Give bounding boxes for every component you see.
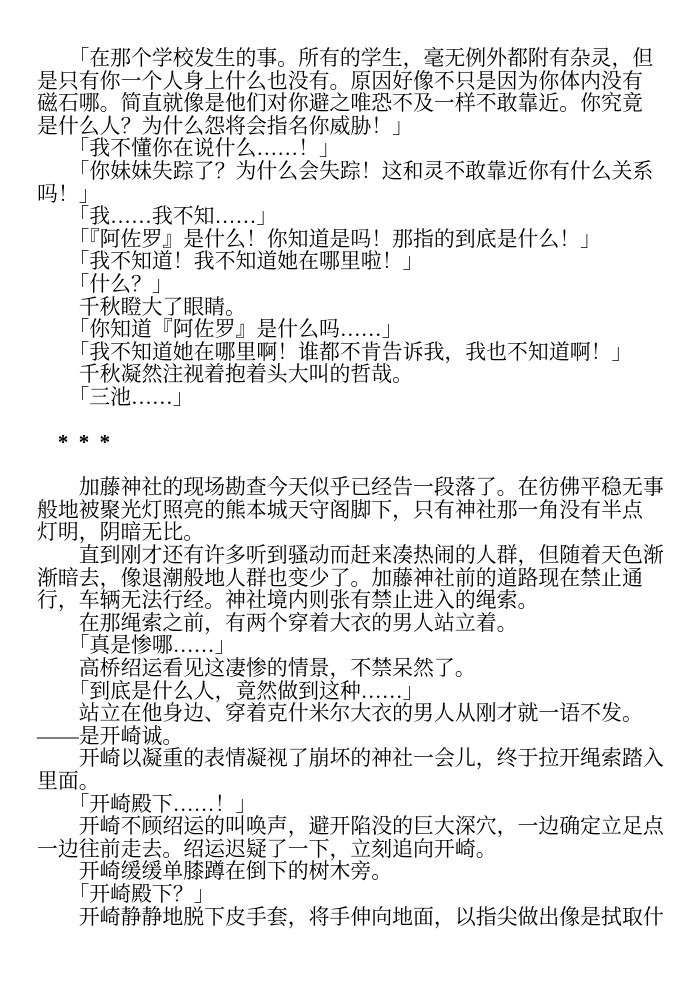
text-line: 千秋瞪大了眼睛。	[37, 296, 670, 319]
text-line: 是只有你一个人身上什么也没有。原因好像不只是因为你体内没有	[37, 70, 670, 93]
text-line: 加藤神社的现场勘查今天似乎已经告一段落了。在彷佛平稳无事	[37, 476, 670, 499]
text-line: 站立在他身边、穿着克什米尔大衣的男人从刚才就一语不发。	[37, 702, 670, 725]
text-line: 「开崎殿下？」	[37, 883, 670, 906]
text-line: 里面。	[37, 770, 670, 793]
blank-line	[37, 454, 670, 477]
text-line: 是什么人？为什么怨将会指名你威胁！」	[37, 115, 670, 138]
novel-page: 「在那个学校发生的事。所有的学生，毫无例外都附有杂灵，但是只有你一个人身上什么也…	[0, 0, 700, 993]
text-line: 在那绳索之前，有两个穿着大衣的男人站立着。	[37, 612, 670, 635]
text-line: 开崎静静地脱下皮手套，将手伸向地面，以指尖做出像是拭取什	[37, 906, 670, 929]
text-line: 渐暗去，像退潮般地人群也变少了。加藤神社前的道路现在禁止通	[37, 567, 670, 590]
text-line: 「我……我不知……」	[37, 205, 670, 228]
text-block: 「在那个学校发生的事。所有的学生，毫无例外都附有杂灵，但是只有你一个人身上什么也…	[37, 47, 670, 928]
text-line: 千秋凝然注视着抱着头大叫的哲哉。	[37, 363, 670, 386]
text-line: 「我不知道！我不知道她在哪里啦！」	[37, 250, 670, 273]
text-line: 「你知道『阿佐罗』是什么吗……」	[37, 318, 670, 341]
text-line: ——是开崎诚。	[37, 725, 670, 748]
text-line: 「开崎殿下……！」	[37, 793, 670, 816]
blank-line	[37, 409, 670, 432]
text-line: 开崎缓缓单膝蹲在倒下的树木旁。	[37, 860, 670, 883]
text-line: 开崎不顾绍运的叫唤声，避开陷没的巨大深穴，一边确定立足点	[37, 815, 670, 838]
text-line: 「三池……」	[37, 386, 670, 409]
text-line: 行，车辆无法行经。神社境内则张有禁止进入的绳索。	[37, 589, 670, 612]
text-line: 吗！」	[37, 183, 670, 206]
text-line: 直到刚才还有许多听到骚动而赶来凑热闹的人群，但随着天色渐	[37, 544, 670, 567]
text-line: 「你妹妹失踪了？为什么会失踪！这和灵不敢靠近你有什么关系	[37, 160, 670, 183]
text-line: 「在那个学校发生的事。所有的学生，毫无例外都附有杂灵，但	[37, 47, 670, 70]
text-line: 「我不知道她在哪里啊！谁都不肯告诉我，我也不知道啊！」	[37, 341, 670, 364]
text-line: 「到底是什么人，竟然做到这种……」	[37, 680, 670, 703]
text-line: 「『阿佐罗』是什么！你知道是吗！那指的到底是什么！」	[37, 228, 670, 251]
text-line: 开崎以凝重的表情凝视了崩坏的神社一会儿，终于拉开绳索踏入	[37, 747, 670, 770]
text-line: 般地被聚光灯照亮的熊本城天守阁脚下，只有神社那一角没有半点	[37, 499, 670, 522]
text-line: 「真是惨哪……」	[37, 634, 670, 657]
text-line: 一边往前走去。绍运迟疑了一下，立刻追向开崎。	[37, 838, 670, 861]
text-line: 灯明，阴暗无比。	[37, 521, 670, 544]
text-line: 磁石哪。简直就像是他们对你避之唯恐不及一样不敢靠近。你究竟	[37, 92, 670, 115]
text-line: 高桥绍运看见这凄惨的情景，不禁呆然了。	[37, 657, 670, 680]
text-line: 「什么？」	[37, 273, 670, 296]
text-line: 「我不懂你在说什么……！」	[37, 137, 670, 160]
section-separator: * * *	[37, 431, 670, 454]
